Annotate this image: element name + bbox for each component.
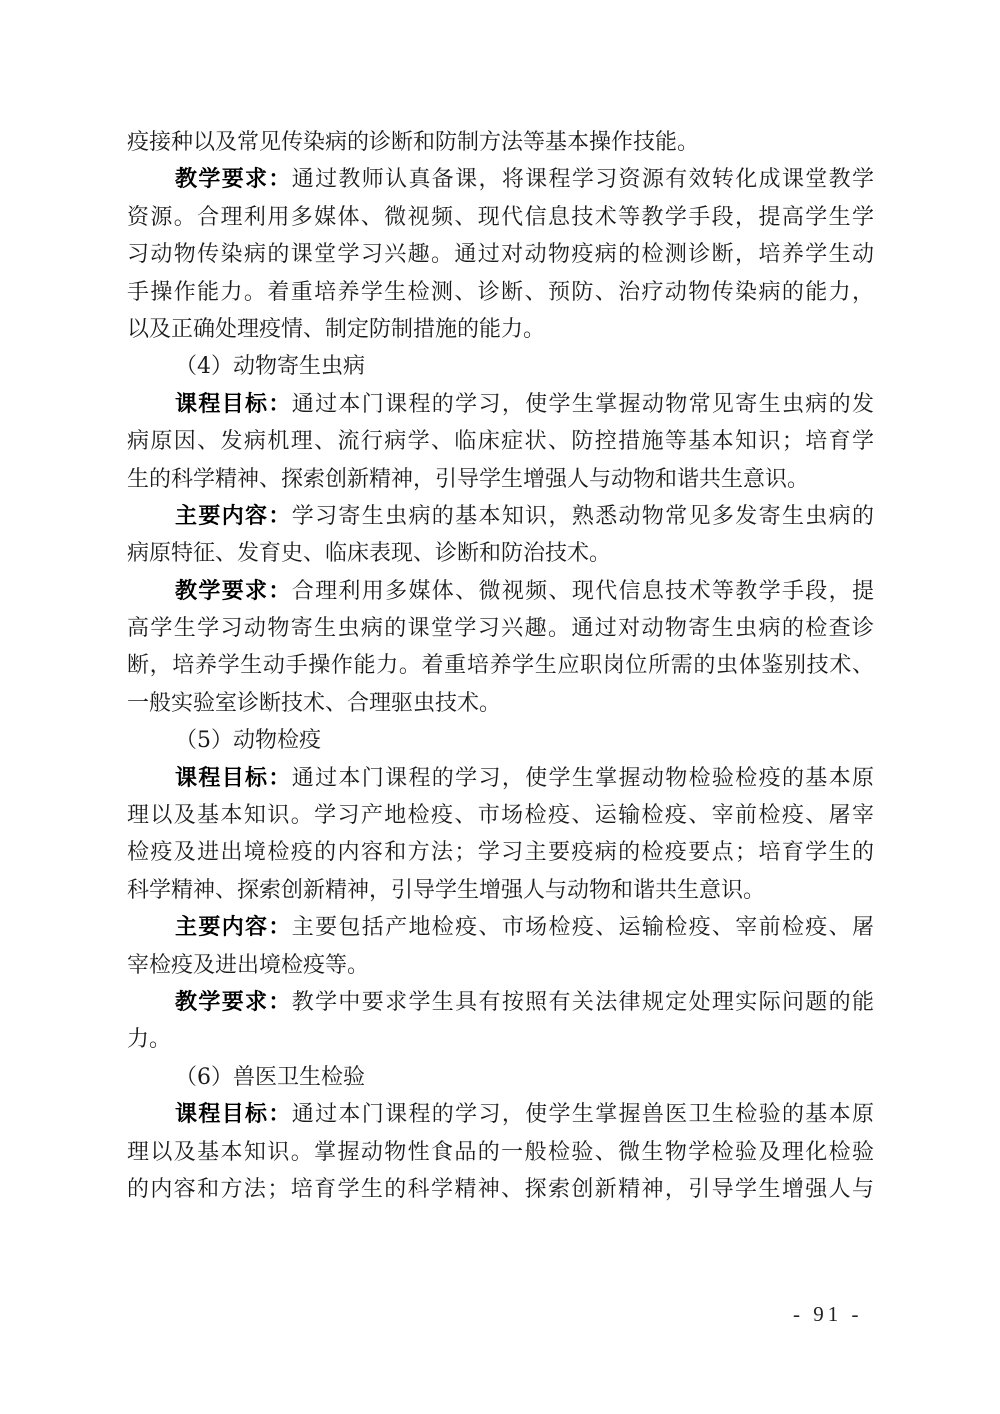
paragraph-line: 疫接种以及常见传染病的诊断和防制方法等基本操作技能。 <box>127 124 874 161</box>
document-page: 疫接种以及常见传染病的诊断和防制方法等基本操作技能。 教学要求：通过教师认真备课… <box>127 124 874 1208</box>
paragraph-line: 理以及基本知识。学习产地检疫、市场检疫、运输检疫、宰前检疫、屠宰 <box>127 797 874 834</box>
paragraph-line: 以及正确处理疫情、制定防制措施的能力。 <box>127 311 874 348</box>
paragraph-first-line: 教学要求：教学中要求学生具有按照有关法律规定处理实际问题的能 <box>127 984 874 1021</box>
paragraph-line: 高学生学习动物寄生虫病的课堂学习兴趣。通过对动物寄生虫病的检查诊 <box>127 610 874 647</box>
paragraph-line: 力。 <box>127 1021 874 1058</box>
page-number: - 91 - <box>793 1302 863 1327</box>
paragraph-line: 理以及基本知识。掌握动物性食品的一般检验、微生物学检验及理化检验 <box>127 1134 874 1171</box>
text: 通过本门课程的学习，使学生掌握动物常见寄生虫病的发 <box>292 392 874 417</box>
paragraph-first-line: 课程目标：通过本门课程的学习，使学生掌握动物检验检疫的基本原 <box>127 760 874 797</box>
label-teaching-requirement: 教学要求： <box>175 579 292 604</box>
label-main-content: 主要内容： <box>175 915 292 940</box>
paragraph-first-line: 课程目标：通过本门课程的学习，使学生掌握兽医卫生检验的基本原 <box>127 1096 874 1133</box>
text: 学习寄生虫病的基本知识，熟悉动物常见多发寄生虫病的 <box>292 504 874 529</box>
section-heading-5: （5）动物检疫 <box>127 722 874 759</box>
label-main-content: 主要内容： <box>175 504 292 529</box>
section-heading-4: （4）动物寄生虫病 <box>127 348 874 385</box>
paragraph-line: 检疫及进出境检疫的内容和方法；学习主要疫病的检疫要点；培育学生的 <box>127 834 874 871</box>
paragraph-line: 生的科学精神、探索创新精神，引导学生增强人与动物和谐共生意识。 <box>127 461 874 498</box>
paragraph-line: 病原特征、发育史、临床表现、诊断和防治技术。 <box>127 535 874 572</box>
paragraph-line: 习动物传染病的课堂学习兴趣。通过对动物疫病的检测诊断，培养学生动 <box>127 236 874 273</box>
paragraph-line: 断，培养学生动手操作能力。着重培养学生应职岗位所需的虫体鉴别技术、 <box>127 647 874 684</box>
paragraph-first-line: 课程目标：通过本门课程的学习，使学生掌握动物常见寄生虫病的发 <box>127 386 874 423</box>
text: 通过教师认真备课，将课程学习资源有效转化成课堂教学 <box>292 167 874 192</box>
label-teaching-requirement: 教学要求： <box>175 990 292 1015</box>
paragraph-line: 一般实验室诊断技术、合理驱虫技术。 <box>127 685 874 722</box>
paragraph-first-line: 教学要求：合理利用多媒体、微视频、现代信息技术等教学手段，提 <box>127 573 874 610</box>
text: 合理利用多媒体、微视频、现代信息技术等教学手段，提 <box>292 579 874 604</box>
label-course-goal: 课程目标： <box>175 1102 292 1127</box>
section-heading-6: （6）兽医卫生检验 <box>127 1059 874 1096</box>
text: 教学中要求学生具有按照有关法律规定处理实际问题的能 <box>292 990 874 1015</box>
paragraph-line: 的内容和方法；培育学生的科学精神、探索创新精神，引导学生增强人与 <box>127 1171 874 1208</box>
text: 通过本门课程的学习，使学生掌握兽医卫生检验的基本原 <box>292 1102 874 1127</box>
paragraph-first-line: 主要内容：学习寄生虫病的基本知识，熟悉动物常见多发寄生虫病的 <box>127 498 874 535</box>
paragraph-line: 手操作能力。着重培养学生检测、诊断、预防、治疗动物传染病的能力， <box>127 274 874 311</box>
paragraph-line: 资源。合理利用多媒体、微视频、现代信息技术等教学手段，提高学生学 <box>127 199 874 236</box>
text: 主要包括产地检疫、市场检疫、运输检疫、宰前检疫、屠 <box>292 915 874 940</box>
label-teaching-requirement: 教学要求： <box>175 167 292 192</box>
paragraph-line: 宰检疫及进出境检疫等。 <box>127 947 874 984</box>
paragraph-first-line: 主要内容：主要包括产地检疫、市场检疫、运输检疫、宰前检疫、屠 <box>127 909 874 946</box>
label-course-goal: 课程目标： <box>175 766 292 791</box>
paragraph-line: 科学精神、探索创新精神，引导学生增强人与动物和谐共生意识。 <box>127 872 874 909</box>
paragraph-first-line: 教学要求：通过教师认真备课，将课程学习资源有效转化成课堂教学 <box>127 161 874 198</box>
label-course-goal: 课程目标： <box>175 392 292 417</box>
text: 通过本门课程的学习，使学生掌握动物检验检疫的基本原 <box>292 766 874 791</box>
paragraph-line: 病原因、发病机理、流行病学、临床症状、防控措施等基本知识；培育学 <box>127 423 874 460</box>
